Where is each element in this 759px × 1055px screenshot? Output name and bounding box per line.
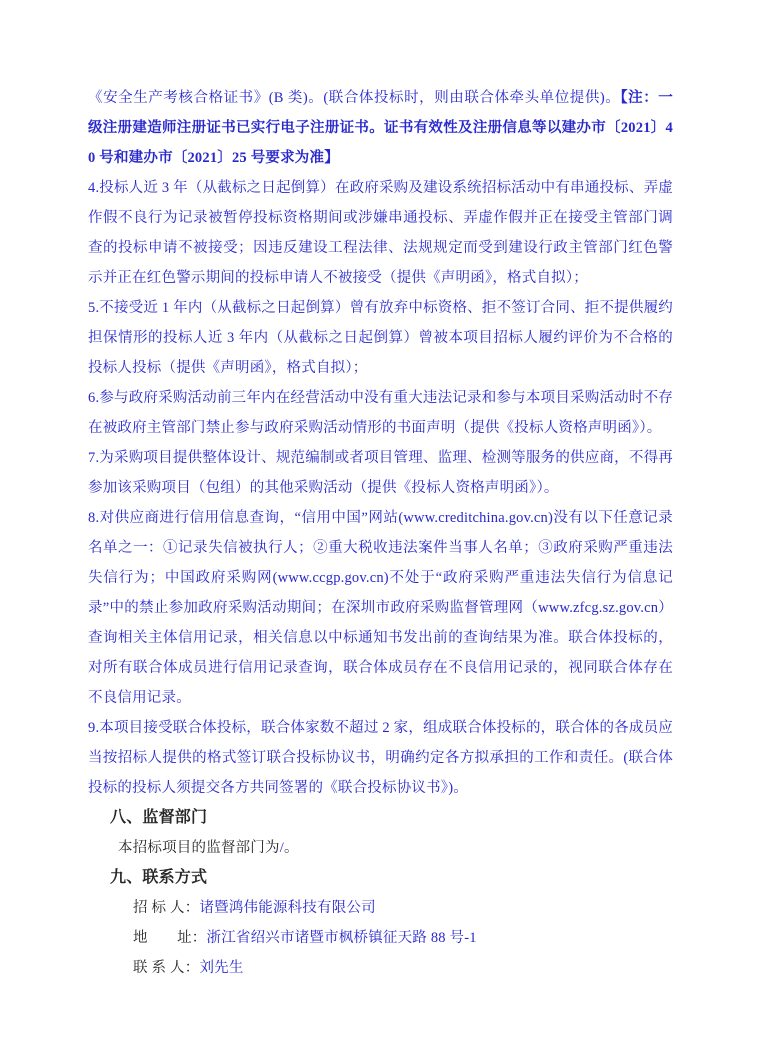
numbered-item-8: 8.对供应商进行信用信息查询，“信用中国”网站(www.creditchina.…: [88, 503, 673, 713]
contact-row-bidder: 招 标 人：诸暨鸿伟能源科技有限公司: [133, 893, 673, 923]
contact-row-person: 联 系 人：刘先生: [133, 953, 673, 983]
contact-value-person: 刘先生: [199, 960, 243, 976]
contact-label-person: 联 系 人：: [133, 960, 199, 976]
document-body: 《安全生产考核合格证书》(B 类)。(联合体投标时，则由联合体牵头单位提供)。【…: [88, 83, 673, 983]
intro-paragraph: 《安全生产考核合格证书》(B 类)。(联合体投标时，则由联合体牵头单位提供)。【…: [88, 83, 673, 173]
contact-row-address: 地 址：浙江省绍兴市诸暨市枫桥镇征天路 88 号-1: [133, 923, 673, 953]
numbered-item-6: 6.参与政府采购活动前三年内在经营活动中没有重大违法记录和参与本项目采购活动时不…: [88, 383, 673, 443]
numbered-item-4: 4.投标人近 3 年（从截标之日起倒算）在政府采购及建设系统招标活动中有串通投标…: [88, 173, 673, 293]
numbered-item-7: 7.为采购项目提供整体设计、规范编制或者项目管理、监理、检测等服务的供应商，不得…: [88, 443, 673, 503]
supervision-line: 本招标项目的监督部门为/。: [118, 833, 673, 863]
contact-value-bidder: 诸暨鸿伟能源科技有限公司: [199, 900, 375, 916]
supervision-text-suffix: 。: [284, 840, 299, 856]
contact-label-bidder: 招 标 人：: [133, 900, 199, 916]
contact-label-address: 地 址：: [133, 930, 207, 946]
supervision-text-prefix: 本招标项目的监督部门为: [118, 840, 280, 856]
section-heading-contact: 九、联系方式: [110, 863, 673, 893]
document-page: 《安全生产考核合格证书》(B 类)。(联合体投标时，则由联合体牵头单位提供)。【…: [0, 0, 759, 1055]
numbered-item-9: 9.本项目接受联合体投标，联合体家数不超过 2 家，组成联合体投标的，联合体的各…: [88, 713, 673, 803]
contact-value-address: 浙江省绍兴市诸暨市枫桥镇征天路 88 号-1: [207, 930, 477, 946]
numbered-item-5: 5.不接受近 1 年内（从截标之日起倒算）曾有放弃中标资格、拒不签订合同、拒不提…: [88, 293, 673, 383]
section-heading-supervision: 八、监督部门: [110, 803, 673, 833]
intro-normal-text: 《安全生产考核合格证书》(B 类)。(联合体投标时，则由联合体牵头单位提供)。: [88, 90, 620, 106]
